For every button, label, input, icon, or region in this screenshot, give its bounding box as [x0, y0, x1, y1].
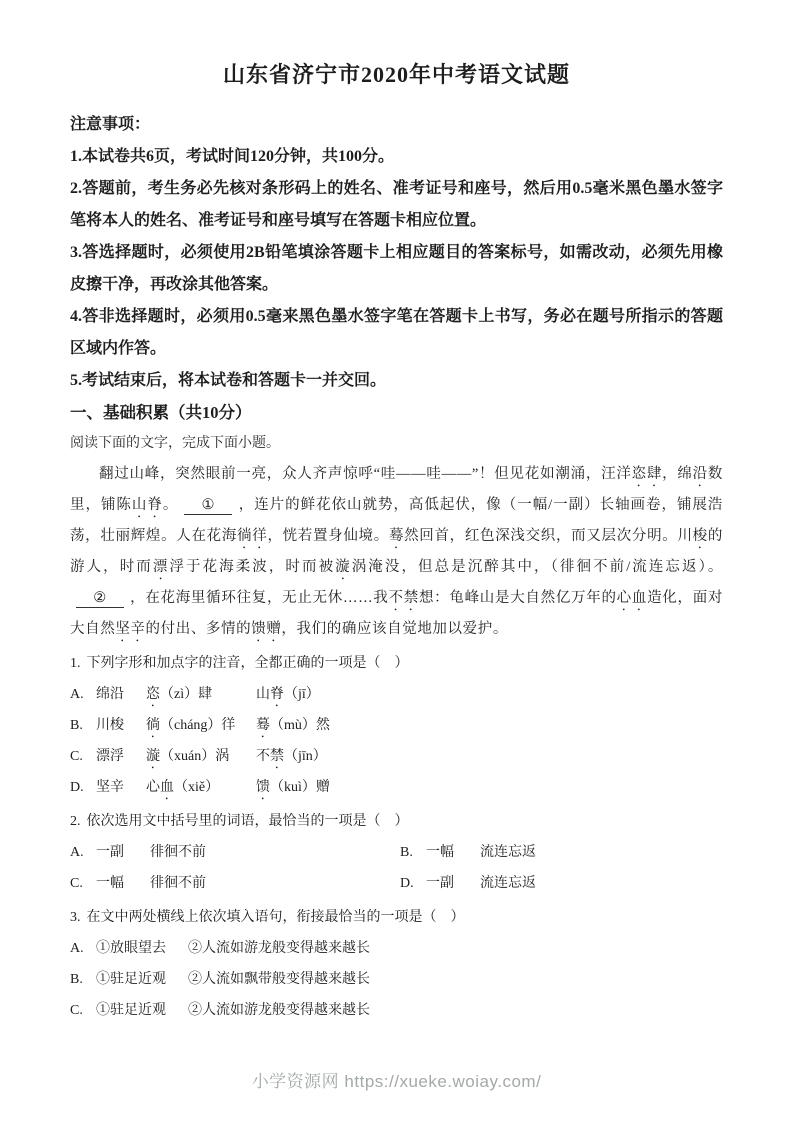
notice-section: 注意事项： 1.本试卷共6页，考试时间120分钟，共100分。 2.答题前，考生… [70, 109, 723, 397]
question-q2: 2.依次选用文中括号里的词语，最恰当的一项是（ ）A.一副徘徊不前B.一幅流连忘… [70, 806, 723, 899]
question-stem-text: 下列字形和加点字的注音，全都正确的一项是（ ） [87, 656, 409, 671]
option-text: （kuì）赠 [270, 780, 330, 795]
option-B: B.川梭徜（cháng）徉蓦（mù）然 [70, 710, 330, 741]
option-D: D.一副流连忘返 [400, 868, 536, 899]
option-C: C.①驻足近观②人流如游龙般变得越来越长 [70, 995, 370, 1026]
option-text: （zì）肆 [160, 687, 212, 702]
question-q1: 1.下列字形和加点字的注音，全都正确的一项是（ ）A.绵沿恣（zì）肆山脊（jī… [70, 648, 723, 803]
passage-text: 然回首，红色深浅交织，而又层次分明。川 [404, 528, 693, 544]
option-A: A.一副徘徊不前 [70, 837, 400, 868]
option-cell: 绵沿 [96, 679, 146, 710]
option-text: （jīn） [284, 749, 327, 764]
option-cell: 馈（kuì）赠 [256, 772, 330, 803]
option-text: （mù）然 [270, 718, 330, 733]
emphasized-char: 徜 [146, 718, 160, 733]
option-cell: 漂浮 [96, 741, 146, 772]
passage-text: 想：龟峰山是大自然亿万年的 [419, 590, 617, 606]
emphasized-char: 漂 [153, 559, 170, 575]
option-row: B.川梭徜（cháng）徉蓦（mù）然 [70, 710, 723, 741]
option-text: 一副 [96, 845, 124, 860]
option-text: ①放眼望去 [96, 941, 166, 956]
option-cell: 心血（xiě） [146, 772, 256, 803]
option-cell: 流连忘返 [480, 868, 536, 899]
option-text: 坚辛 [96, 780, 124, 795]
option-cell: 恣（zì）肆 [146, 679, 256, 710]
option-cell: 徘徊不前 [150, 837, 206, 868]
emphasized-char: 梭 [693, 528, 708, 544]
option-label: A. [70, 679, 96, 710]
option-row: B.①驻足近观②人流如飘带般变得越来越长 [70, 964, 723, 995]
option-cell: ①放眼望去 [96, 933, 188, 964]
emphasized-char: 馈 [256, 780, 270, 795]
emphasized-char: 徜徉 [237, 528, 267, 544]
notice-item-4: 4.答非选择题时，必须用0.5毫来黑色墨水签字笔在答题卡上书写，务必在题号所指示… [70, 301, 723, 365]
passage-text: 浮于花海柔波，时而被 [169, 559, 335, 575]
notice-item-2: 2.答题前，考生务必先核对条形码上的姓名、准考证号和座号，然后用0.5毫米黑色墨… [70, 173, 723, 237]
option-cell: 徘徊不前 [150, 868, 206, 899]
option-text: ②人流如飘带般变得越来越长 [188, 972, 370, 987]
fill-in-blank: ① [184, 498, 232, 515]
emphasized-char: 血 [160, 780, 174, 795]
option-row: C.一幅徘徊不前D.一副流连忘返 [70, 868, 723, 899]
page-title: 山东省济宁市2020年中考语文试题 [70, 58, 723, 89]
option-row: A.一副徘徊不前B.一幅流连忘返 [70, 837, 723, 868]
notice-heading: 注意事项： [70, 109, 723, 141]
questions-list: 1.下列字形和加点字的注音，全都正确的一项是（ ）A.绵沿恣（zì）肆山脊（jī… [70, 645, 723, 1026]
option-cell: ②人流如游龙般变得越来越长 [188, 995, 370, 1026]
option-cell: 不禁（jīn） [256, 741, 327, 772]
exam-page: 山东省济宁市2020年中考语文试题 注意事项： 1.本试卷共6页，考试时间120… [0, 0, 793, 1122]
option-text: 绵沿 [96, 687, 124, 702]
footer-watermark: 小学资源网 https://xueke.woiay.com/ [70, 1067, 723, 1092]
option-A: A.绵沿恣（zì）肆山脊（jī） [70, 679, 320, 710]
option-label: D. [70, 772, 96, 803]
option-text: 流连忘返 [480, 845, 536, 860]
passage-text: 的付出、多情的 [146, 621, 252, 637]
option-C: C.一幅徘徊不前 [70, 868, 400, 899]
option-text: 不 [256, 749, 270, 764]
question-stem: 2.依次选用文中括号里的词语，最恰当的一项是（ ） [70, 806, 723, 837]
option-text: （cháng）徉 [160, 718, 235, 733]
option-text: 漂浮 [96, 749, 124, 764]
reading-passage: 翻过山峰，突然眼前一亮，众人齐声惊呼“哇——哇——”！但见花如潮涌，汪洋恣肆，绵… [70, 459, 723, 645]
option-label: C. [70, 995, 96, 1026]
emphasized-char: 脊 [270, 687, 284, 702]
emphasized-char: 沿 [693, 466, 708, 482]
option-text: 心 [146, 780, 160, 795]
option-text: 一幅 [96, 876, 124, 891]
option-cell: 流连忘返 [480, 837, 536, 868]
option-label: A. [70, 933, 96, 964]
option-row: D.坚辛心血（xiě）馈（kuì）赠 [70, 772, 723, 803]
question-stem-text: 在文中两处横线上依次填入语句，衔接最恰当的一项是（ ） [87, 910, 465, 925]
footer-site-name: 小学资源网 [252, 1072, 340, 1091]
option-text: ①驻足近观 [96, 1003, 166, 1018]
emphasized-char: 馈赠 [251, 621, 281, 637]
option-label: D. [400, 868, 426, 899]
question-stem: 3.在文中两处横线上依次填入语句，衔接最恰当的一项是（ ） [70, 902, 723, 933]
notice-item-1: 1.本试卷共6页，考试时间120分钟，共100分。 [70, 141, 723, 173]
question-number: 2. [70, 806, 81, 837]
notice-item-5: 5.考试结束后，将本试卷和答题卡一并交回。 [70, 365, 723, 397]
option-text: 一幅 [426, 845, 454, 860]
emphasized-char: 山脊 [132, 497, 163, 513]
option-label: B. [70, 710, 96, 741]
option-label: C. [70, 868, 96, 899]
option-label: B. [400, 837, 426, 868]
emphasized-char: 心血 [617, 590, 647, 606]
option-cell: 徜（cháng）徉 [146, 710, 256, 741]
emphasized-char: 禁 [270, 749, 284, 764]
question-stem: 1.下列字形和加点字的注音，全都正确的一项是（ ） [70, 648, 723, 679]
option-cell: 坚辛 [96, 772, 146, 803]
option-B: B.一幅流连忘返 [400, 837, 536, 868]
passage-text: 翻过山峰，突然眼前一亮，众人齐声惊呼“哇——哇——”！但见花如潮涌，汪洋 [99, 466, 632, 482]
option-row: C.①驻足近观②人流如游龙般变得越来越长 [70, 995, 723, 1026]
option-cell: 蓦（mù）然 [256, 710, 330, 741]
option-row: A.绵沿恣（zì）肆山脊（jī） [70, 679, 723, 710]
passage-text: ，我们的确应该自觉地加以爱护。 [281, 621, 508, 637]
emphasized-char: 蓦 [389, 528, 404, 544]
passage-text: 涡淹没，但总是沉醉其中，（徘徊不前/流连忘返）。 [352, 559, 723, 575]
option-cell: 漩（xuán）涡 [146, 741, 256, 772]
option-cell: ②人流如游龙般变得越来越长 [188, 933, 370, 964]
option-label: A. [70, 837, 96, 868]
option-row: A.①放眼望去②人流如游龙般变得越来越长 [70, 933, 723, 964]
section-heading: 一、基础积累（共10分） [70, 397, 723, 429]
emphasized-char: 漩 [335, 559, 352, 575]
option-cell: 一副 [96, 837, 150, 868]
emphasized-char: 漩 [146, 749, 160, 764]
option-label: C. [70, 741, 96, 772]
option-text: （jī） [284, 687, 320, 702]
option-cell: 川梭 [96, 710, 146, 741]
passage-text: ，在花海里循环往复，无止无休……我 [130, 590, 389, 606]
question-stem-text: 依次选用文中括号里的词语，最恰当的一项是（ ） [87, 814, 409, 829]
option-row: C.漂浮漩（xuán）涡不禁（jīn） [70, 741, 723, 772]
option-cell: 山脊（jī） [256, 679, 320, 710]
fill-in-blank: ② [76, 591, 124, 608]
option-A: A.①放眼望去②人流如游龙般变得越来越长 [70, 933, 370, 964]
emphasized-char: 蓦 [256, 718, 270, 733]
option-text: ②人流如游龙般变得越来越长 [188, 1003, 370, 1018]
option-text: 山 [256, 687, 270, 702]
option-D: D.坚辛心血（xiě）馈（kuì）赠 [70, 772, 330, 803]
emphasized-char: 不禁 [389, 590, 419, 606]
emphasized-char: 恣肆 [632, 466, 663, 482]
option-C: C.漂浮漩（xuán）涡不禁（jīn） [70, 741, 327, 772]
option-text: 川梭 [96, 718, 124, 733]
passage-text: 。 [163, 497, 178, 513]
option-text: ②人流如游龙般变得越来越长 [188, 941, 370, 956]
option-cell: ②人流如飘带般变得越来越长 [188, 964, 370, 995]
option-cell: ①驻足近观 [96, 995, 188, 1026]
question-number: 1. [70, 648, 81, 679]
option-text: 流连忘返 [480, 876, 536, 891]
option-cell: ①驻足近观 [96, 964, 188, 995]
option-text: 徘徊不前 [150, 876, 206, 891]
option-label: B. [70, 964, 96, 995]
footer-url: https://xueke.woiay.com/ [344, 1072, 541, 1091]
option-cell: 一幅 [96, 868, 150, 899]
reading-intro: 阅读下面的文字，完成下面小题。 [70, 429, 723, 459]
emphasized-char: 坚辛 [115, 621, 145, 637]
emphasized-char: 恣 [146, 687, 160, 702]
option-text: （xiě） [174, 780, 219, 795]
option-text: （xuán）涡 [160, 749, 229, 764]
option-B: B.①驻足近观②人流如飘带般变得越来越长 [70, 964, 370, 995]
question-q3: 3.在文中两处横线上依次填入语句，衔接最恰当的一项是（ ）A.①放眼望去②人流如… [70, 902, 723, 1026]
passage-text: ，绵 [662, 466, 693, 482]
option-text: 一副 [426, 876, 454, 891]
option-cell: 一幅 [426, 837, 480, 868]
option-text: 徘徊不前 [150, 845, 206, 860]
notice-item-3: 3.答选择题时，必须使用2B铅笔填涂答题卡上相应题目的答案标号，如需改动，必须先… [70, 237, 723, 301]
passage-text: ，恍若置身仙境。 [267, 528, 389, 544]
option-text: ①驻足近观 [96, 972, 166, 987]
question-number: 3. [70, 902, 81, 933]
option-cell: 一副 [426, 868, 480, 899]
